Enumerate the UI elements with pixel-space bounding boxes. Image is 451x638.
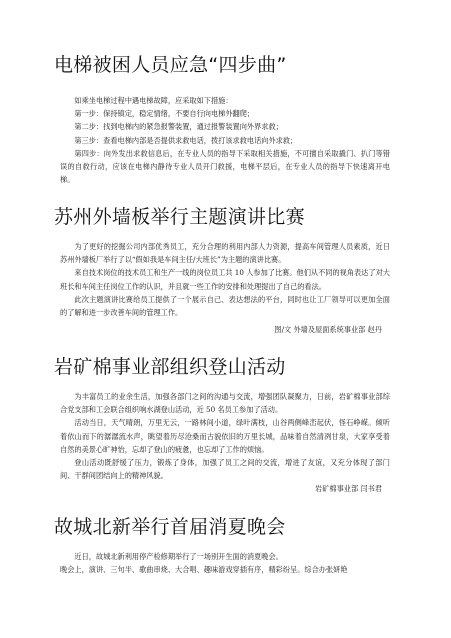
- article-paragraph: 第三步：查看电梯内部是否提供求救电话，拨打该求救电话向外求救；: [60, 134, 390, 147]
- article-paragraph: 为了更好的挖掘公司内部优秀员工，充分合理的利用内部人力资源，提高车间管理人员素质…: [60, 240, 390, 266]
- article-elevator-emergency: 电梯被困人员应急“四步曲” 如乘坐电梯过程中遇电梯故障，应采取如下措施： 第一步…: [60, 52, 390, 186]
- article-speech-contest: 苏州外墙板举行主题演讲比赛 为了更好的挖掘公司内部优秀员工，充分合理的利用内部人…: [60, 204, 390, 336]
- article-body: 如乘坐电梯过程中遇电梯故障，应采取如下措施： 第一步：保持镇定，稳定情绪，不要自…: [60, 94, 390, 186]
- article-body: 为了更好的挖掘公司内部优秀员工，充分合理的利用内部人力资源，提高车间管理人员素质…: [60, 240, 390, 319]
- article-paragraph: 第一步：保持镇定，稳定情绪，不要自行向电梯外翻爬；: [60, 107, 390, 120]
- article-paragraph: 为丰富员工的业余生活，加强各部门之间的沟通与交流，增强团队凝聚力，日前，岩矿棉事…: [60, 390, 390, 416]
- article-paragraph: 来自技术岗位的技术员工和生产一线的岗位员工共 10 人参加了比赛。他们从不同的视…: [60, 266, 390, 292]
- article-title: 故城北新举行首届消夏晚会: [54, 514, 390, 540]
- article-hiking-activity: 岩矿棉事业部组织登山活动 为丰富员工的业余生活，加强各部门之间的沟通与交流，增强…: [60, 354, 390, 496]
- article-summer-gala: 故城北新举行首届消夏晚会 近日，故城北新利用停产检修期举行了一场别开生面的消夏晚…: [60, 514, 390, 576]
- article-paragraph: 晚会上，演讲、三句半、歌曲串烧、大合唱、趣味游戏穿插有序，精彩纷呈。综合办张妍艳: [60, 563, 390, 576]
- article-byline: 图/文 外墙及屋面系统事业部 赵丹: [60, 323, 390, 336]
- article-title: 岩矿棉事业部组织登山活动: [54, 354, 390, 380]
- article-paragraph: 活动当日，天气晴朗，万里无云，一路林间小道，绿叶满枝，山谷两侧峰峦起伏，怪石峥嵘…: [60, 416, 390, 456]
- article-paragraph: 如乘坐电梯过程中遇电梯故障，应采取如下措施：: [60, 94, 390, 107]
- document-page: 电梯被困人员应急“四步曲” 如乘坐电梯过程中遇电梯故障，应采取如下措施： 第一步…: [0, 0, 451, 638]
- article-paragraph: 近日，故城北新利用停产检修期举行了一场别开生面的消夏晚会。: [60, 550, 390, 563]
- article-paragraph: 第四步：向外发出求救信息后，在专业人员的指导下采取相关措施，不可擅自采取撬门、扒…: [60, 147, 390, 187]
- article-title: 苏州外墙板举行主题演讲比赛: [54, 204, 390, 230]
- article-body: 为丰富员工的业余生活，加强各部门之间的沟通与交流，增强团队凝聚力，日前，岩矿棉事…: [60, 390, 390, 482]
- article-paragraph: 登山活动既舒缓了压力，锻炼了身体，加强了员工之间的交流，增进了友谊，又充分体现了…: [60, 456, 390, 482]
- article-paragraph: 此次主题演讲比赛给员工提供了一个展示自己、表达想法的平台，同时也让工厂领导可以更…: [60, 293, 390, 319]
- article-body: 近日，故城北新利用停产检修期举行了一场别开生面的消夏晚会。 晚会上，演讲、三句半…: [60, 550, 390, 576]
- article-title: 电梯被困人员应急“四步曲”: [54, 52, 390, 78]
- article-byline: 岩矿棉事业部 闫书君: [60, 482, 390, 495]
- article-paragraph: 第二步：找到电梯内的紧急报警装置，通过报警装置向外界求救；: [60, 120, 390, 133]
